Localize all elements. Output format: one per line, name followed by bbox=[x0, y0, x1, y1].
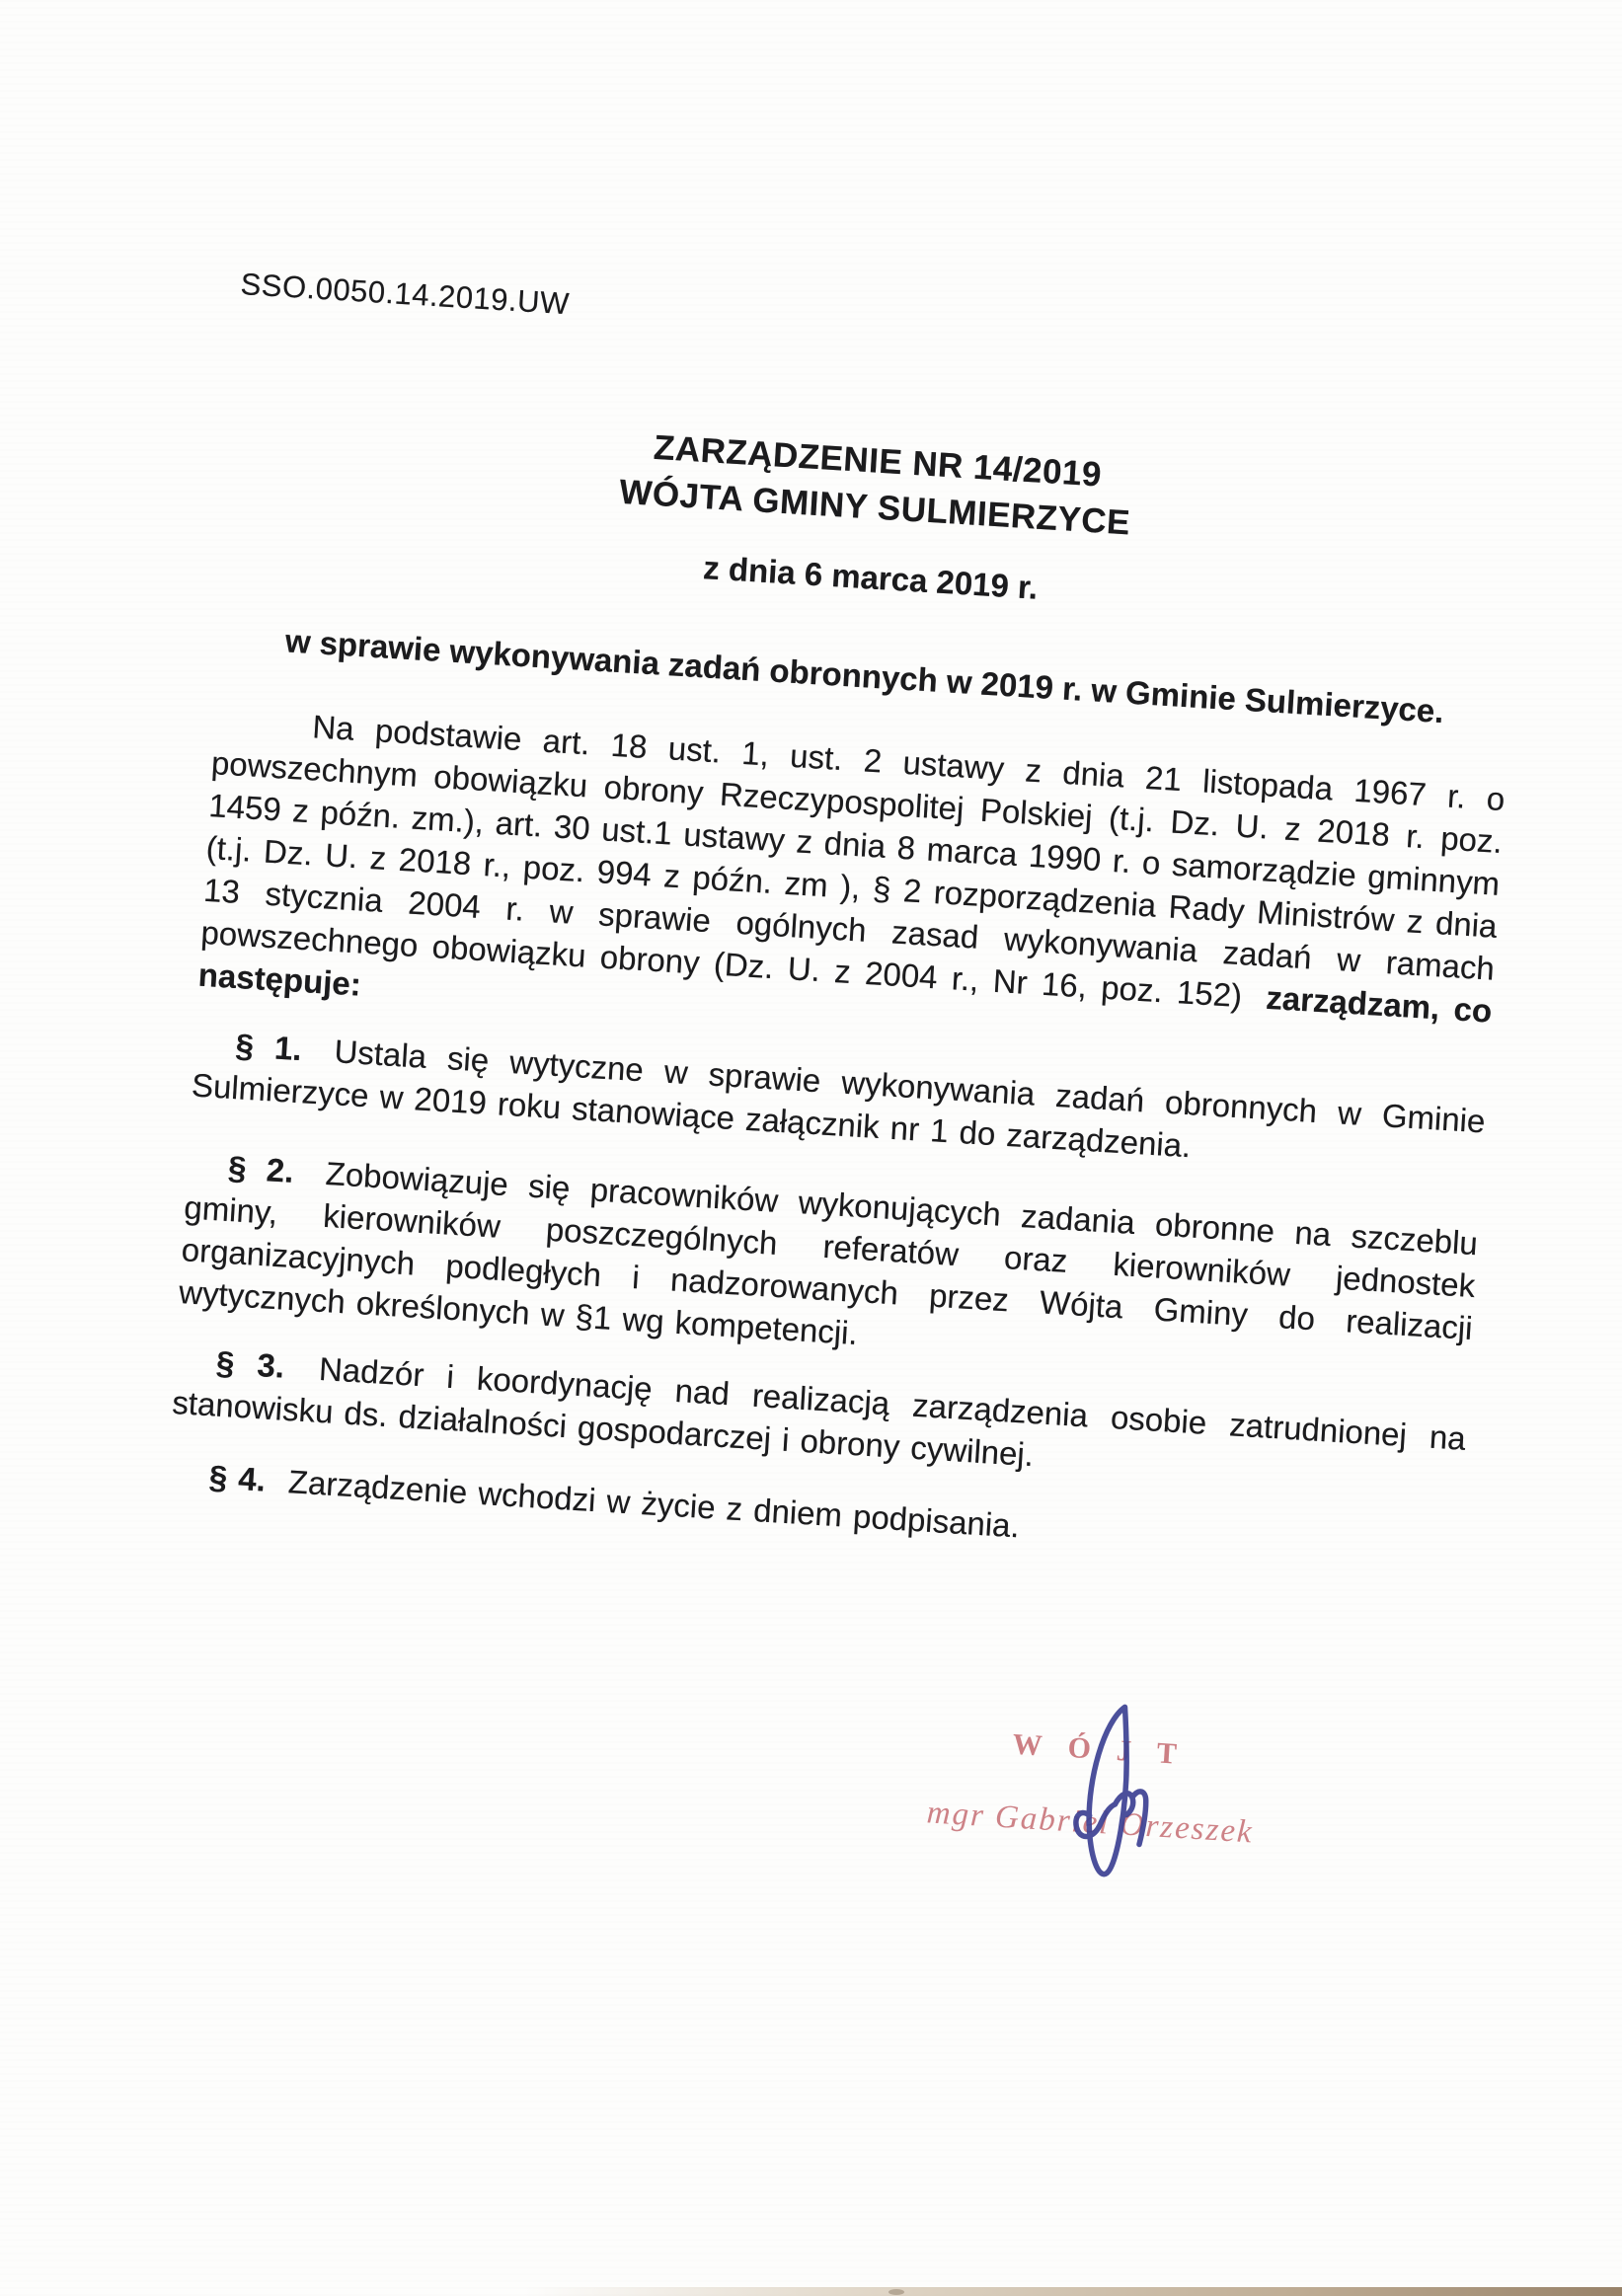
section-3-marker: § 3. bbox=[215, 1344, 285, 1385]
legal-basis-paragraph: Na podstawie art. 18 ust. 1, ust. 2 usta… bbox=[197, 699, 1506, 1074]
document-content: SSO.0050.14.2019.UW ZARZĄDZENIE NR 14/20… bbox=[167, 265, 1533, 1574]
scan-edge-shadow bbox=[523, 2287, 1622, 2296]
signature-block: WÓJT mgr Gabriel Orzeszek bbox=[863, 1720, 1323, 1856]
document-reference-number: SSO.0050.14.2019.UW bbox=[240, 265, 1533, 383]
section-1-marker: § 1. bbox=[235, 1027, 303, 1067]
section-2-text: Zobowiązuje się pracowników wykonujących… bbox=[178, 1155, 1479, 1351]
handwritten-signature bbox=[1052, 1696, 1159, 1891]
mayor-stamp-name: mgr Gabriel Orzeszek bbox=[863, 1790, 1318, 1855]
section-4-marker: § 4. bbox=[208, 1458, 267, 1497]
mayor-stamp-title: WÓJT bbox=[867, 1720, 1322, 1781]
section-2-marker: § 2. bbox=[227, 1149, 295, 1189]
section-4-text: Zarządzenie wchodzi w życie z dniem podp… bbox=[287, 1463, 1021, 1544]
scanned-document-page: SSO.0050.14.2019.UW ZARZĄDZENIE NR 14/20… bbox=[0, 0, 1622, 2296]
legal-basis-text: Na podstawie art. 18 ust. 1, ust. 2 usta… bbox=[200, 708, 1506, 1014]
